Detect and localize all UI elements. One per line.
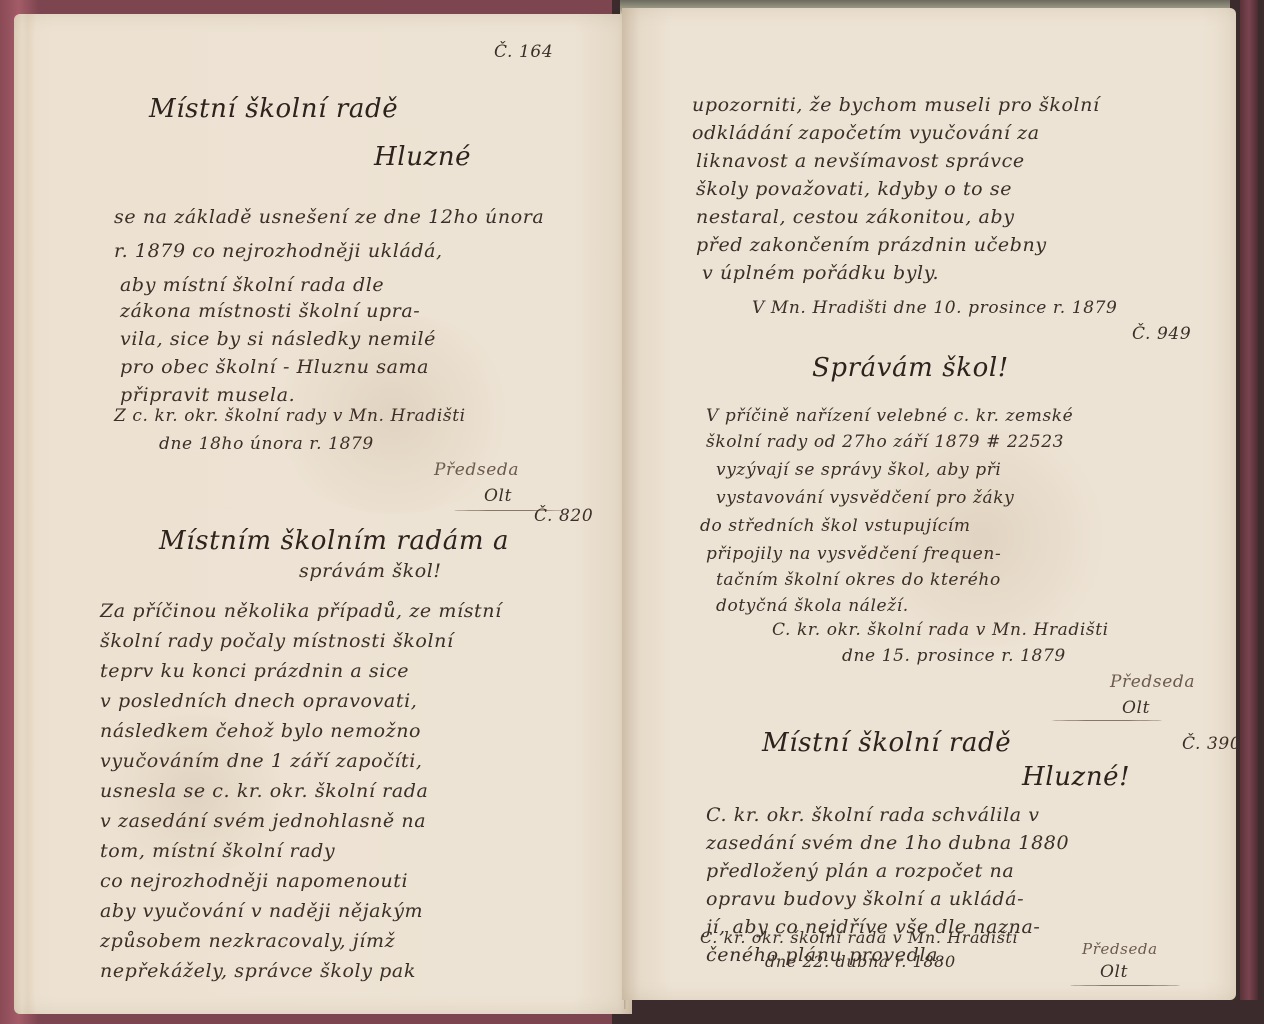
- text-line: nepřekážely, správce školy pak: [100, 954, 416, 988]
- text-line: Za příčinou několika případů, ze místní: [100, 594, 502, 628]
- entry-subtitle: Hluzné: [374, 142, 471, 172]
- closing-line: V Mn. Hradišti dne 10. prosince r. 1879: [752, 298, 1117, 318]
- text-line: školní rady od 27ho září 1879 # 22523: [706, 432, 1064, 452]
- signature-label: Předseda: [434, 460, 519, 480]
- entry-subtitle: Hluzné!: [1022, 762, 1130, 792]
- ref-number: Č. 949: [1132, 324, 1191, 344]
- text-line: způsobem nezkracovaly, jímž: [100, 924, 395, 958]
- closing-line: dne 15. prosince r. 1879: [842, 646, 1066, 666]
- entry-title: Místní školní radě: [762, 728, 1011, 758]
- signature-label: Předseda: [1110, 672, 1195, 692]
- open-book: Č. 164 Místní školní radě Hluzné se na z…: [0, 0, 1264, 1024]
- text-line: připojily na vysvědčení frequen-: [706, 544, 1001, 564]
- text-line: r. 1879 co nejrozhodněji ukládá,: [114, 234, 443, 268]
- right-page: upozorniti, že bychom museli pro školní …: [622, 8, 1236, 1000]
- text-line: vyzývají se správy škol, aby při: [716, 460, 1001, 480]
- closing-line: dne 18ho února r. 1879: [159, 434, 374, 454]
- text-line: teprv ku konci prázdnin a sice: [100, 654, 409, 688]
- entry-subtitle: správám škol!: [299, 554, 442, 588]
- cover-edge: [1240, 0, 1258, 1000]
- signature: Olt: [484, 486, 512, 506]
- ref-number: Č. 164: [494, 42, 553, 62]
- closing-line: C. kr. okr. školní rada v Mn. Hradišti: [700, 928, 1018, 947]
- entry-title: Místním školním radám a: [159, 526, 509, 556]
- text-line: do středních škol vstupujícím: [700, 516, 971, 536]
- text-line: v zasedání svém jednohlasně na: [100, 804, 426, 838]
- text-line: vystavování vysvědčení pro žáky: [716, 488, 1014, 508]
- entry-title: Místní školní radě: [149, 94, 398, 124]
- text-line: školní rady počaly místnosti školní: [100, 624, 454, 658]
- text-line: usnesla se c. kr. okr. školní rada: [100, 774, 428, 808]
- text-line: tom, místní školní rady: [100, 834, 335, 868]
- ref-number: Č. 390: [1182, 734, 1236, 754]
- text-line: následkem čehož bylo nemožno: [100, 714, 421, 748]
- text-line: v posledních dnech opravovati,: [100, 684, 417, 718]
- text-line: vyučováním dne 1 září započíti,: [100, 744, 423, 778]
- text-line: V příčině nařízení velebné c. kr. zemské: [706, 406, 1073, 426]
- ref-number: Č. 820: [534, 506, 593, 526]
- closing-line: dne 22. dubna r. 1880: [765, 952, 956, 971]
- text-line: aby vyučování v naději nějakým: [100, 894, 423, 928]
- text-line: se na základě usnešení ze dne 12ho února: [114, 200, 544, 234]
- text-line: co nejrozhodněji napomenouti: [100, 864, 408, 898]
- left-page: Č. 164 Místní školní radě Hluzné se na z…: [14, 14, 632, 1014]
- text-line: v úplném pořádku byly.: [702, 256, 939, 290]
- signature-label: Předseda: [1082, 940, 1158, 958]
- closing-line: Z c. kr. okr. školní rady v Mn. Hradišti: [114, 406, 466, 426]
- text-line: dotyčná škola náleží.: [716, 596, 909, 616]
- signature: Olt: [1100, 962, 1128, 982]
- text-line: tačním školní okres do kterého: [716, 570, 1001, 590]
- signature: Olt: [1122, 698, 1150, 718]
- closing-line: C. kr. okr. školní rada v Mn. Hradišti: [772, 620, 1109, 640]
- entry-title: Správám škol!: [812, 353, 1009, 383]
